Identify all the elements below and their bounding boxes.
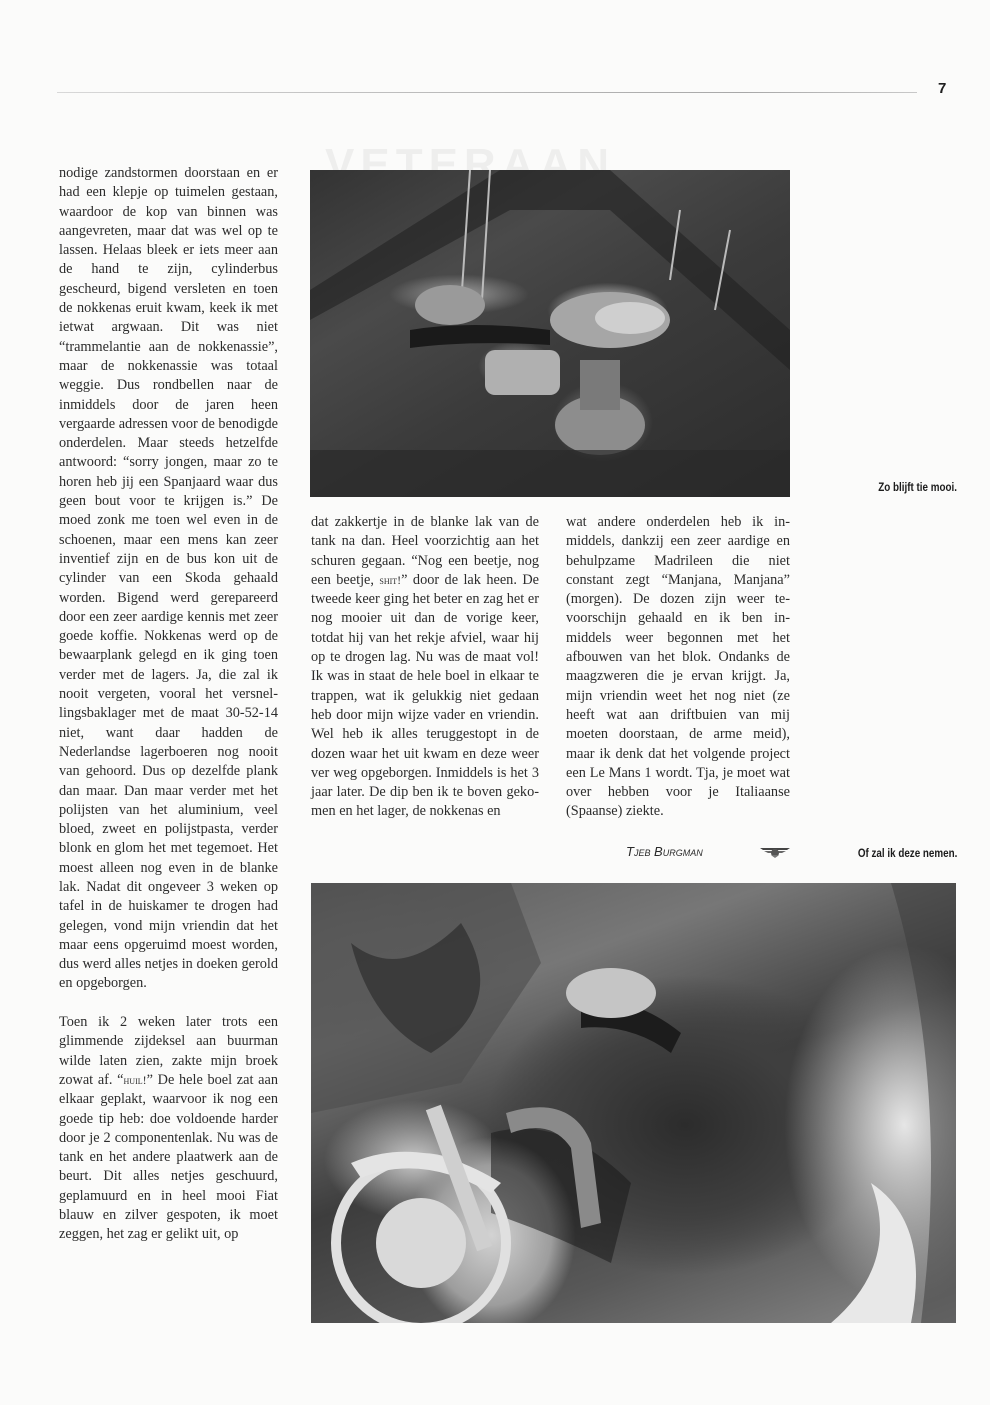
text-run: ” door de lak heen. De tweede keer ging … — [311, 572, 539, 820]
photo-garden-motorcycle — [311, 883, 956, 1323]
paragraph: nodige zandstormen doorstaan en er had e… — [59, 164, 278, 994]
paragraph: wat andere onderdelen heb ik in­middels,… — [566, 513, 790, 822]
exclamation-smallcaps: shit! — [379, 573, 401, 587]
attic-photo-illustration — [310, 170, 790, 497]
article-column-2: dat zakkertje in de blanke lak van de ta… — [311, 513, 539, 822]
header-rule — [57, 92, 917, 93]
winged-emblem-icon — [760, 844, 790, 858]
photo-caption-top: Zo blijft tie mooi. — [878, 480, 957, 494]
photo-caption-bottom: Of zal ik deze nemen. — [857, 846, 957, 860]
page-number: 7 — [938, 80, 958, 97]
photo-attic-motorcycle — [310, 170, 790, 497]
text-run: ” De hele boel zat aan elkaar geplakt, w… — [59, 1072, 278, 1242]
paragraph: Toen ik 2 weken later trots een glimmend… — [59, 1013, 278, 1245]
paragraph: dat zakkertje in de blanke lak van de ta… — [311, 513, 539, 822]
article-column-1: nodige zandstormen doorstaan en er had e… — [59, 164, 278, 1245]
exclamation-smallcaps: huil! — [124, 1073, 147, 1087]
garden-photo-illustration — [311, 883, 956, 1323]
author-signature-row: Tjeb Burgman — [566, 841, 790, 861]
article-column-3: wat andere onderdelen heb ik in­middels,… — [566, 513, 790, 822]
author-name: Tjeb Burgman — [566, 844, 703, 859]
